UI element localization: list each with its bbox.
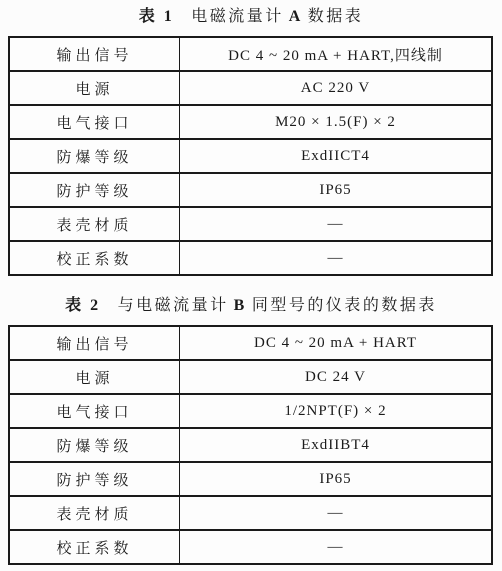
table-row: 防护等级 IP65 <box>9 173 492 207</box>
spec-label: 防护等级 <box>9 462 180 496</box>
table2-title-letter: B <box>234 297 247 314</box>
spec-value: AC 220 V <box>180 71 493 105</box>
spec-label: 防爆等级 <box>9 428 180 462</box>
table-row: 防爆等级 ExdIIBT4 <box>9 428 492 462</box>
spec-value: — <box>180 496 493 530</box>
table1-title-letter: A <box>289 8 303 25</box>
table-row: 表壳材质 — <box>9 207 492 241</box>
spec-label: 校正系数 <box>9 530 180 564</box>
spec-value: 1/2NPT(F) × 2 <box>180 394 493 428</box>
spec-label: 校正系数 <box>9 241 180 275</box>
spec-value: IP65 <box>180 173 493 207</box>
spec-value: DC 4 ~ 20 mA + HART <box>180 326 493 360</box>
spec-value: ExdIIBT4 <box>180 428 493 462</box>
table-row: 输出信号 DC 4 ~ 20 mA + HART,四线制 <box>9 37 492 71</box>
spec-value: — <box>180 207 493 241</box>
table2-title-seg2: 同型号的仪表的数据表 <box>252 297 437 314</box>
table-row: 电气接口 1/2NPT(F) × 2 <box>9 394 492 428</box>
table-row: 防护等级 IP65 <box>9 462 492 496</box>
table-row: 电气接口 M20 × 1.5(F) × 2 <box>9 105 492 139</box>
spec-label: 防爆等级 <box>9 139 180 173</box>
table-row: 校正系数 — <box>9 241 492 275</box>
spec-label: 表壳材质 <box>9 207 180 241</box>
table1-title-seg1: 电磁流量计 <box>191 8 284 25</box>
table-row: 电源 DC 24 V <box>9 360 492 394</box>
spec-value: M20 × 1.5(F) × 2 <box>180 105 493 139</box>
table1-title: 表 1电磁流量计A数据表 <box>0 6 502 28</box>
spec-label: 电源 <box>9 71 180 105</box>
spec-value: — <box>180 530 493 564</box>
spec-label: 电气接口 <box>9 394 180 428</box>
table-row: 电源 AC 220 V <box>9 71 492 105</box>
table2-flowmeter-b-specs: 输出信号 DC 4 ~ 20 mA + HART 电源 DC 24 V 电气接口… <box>8 325 493 565</box>
spec-value: IP65 <box>180 462 493 496</box>
table2-title-seg1: 与电磁流量计 <box>118 297 229 314</box>
table-row: 校正系数 — <box>9 530 492 564</box>
spec-value: — <box>180 241 493 275</box>
table1-number: 表 1 <box>139 8 175 25</box>
spec-label: 电源 <box>9 360 180 394</box>
table2-title: 表 2与电磁流量计B同型号的仪表的数据表 <box>0 295 502 317</box>
table1-flowmeter-a-specs: 输出信号 DC 4 ~ 20 mA + HART,四线制 电源 AC 220 V… <box>8 36 493 276</box>
spec-label: 电气接口 <box>9 105 180 139</box>
table-row: 输出信号 DC 4 ~ 20 mA + HART <box>9 326 492 360</box>
table2-number: 表 2 <box>65 297 101 314</box>
table-row: 表壳材质 — <box>9 496 492 530</box>
spec-value: DC 24 V <box>180 360 493 394</box>
spec-label: 输出信号 <box>9 37 180 71</box>
spec-label: 表壳材质 <box>9 496 180 530</box>
spec-value: DC 4 ~ 20 mA + HART,四线制 <box>180 37 493 71</box>
spec-label: 输出信号 <box>9 326 180 360</box>
table-row: 防爆等级 ExdIICT4 <box>9 139 492 173</box>
spec-label: 防护等级 <box>9 173 180 207</box>
spec-value: ExdIICT4 <box>180 139 493 173</box>
document-page: 表 1电磁流量计A数据表 输出信号 DC 4 ~ 20 mA + HART,四线… <box>0 6 502 571</box>
table1-title-seg2: 数据表 <box>308 8 364 25</box>
